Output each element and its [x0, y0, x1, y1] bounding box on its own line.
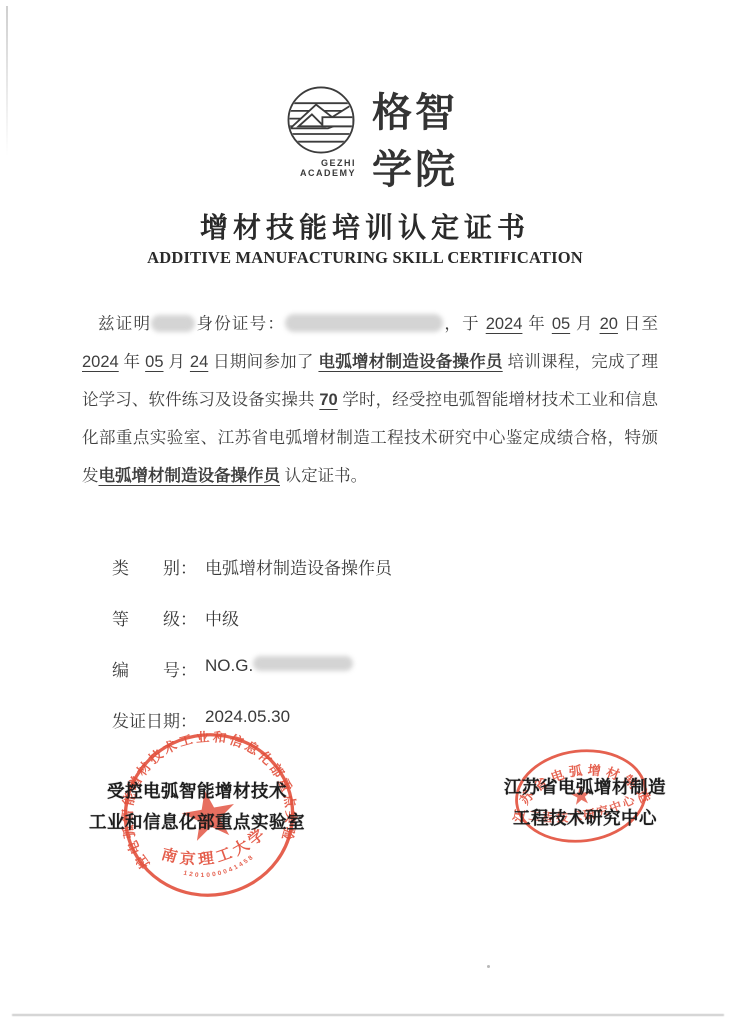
field-label: 等 级： [112, 605, 197, 630]
stamp-left-line1: 受控电弧智能增材技术 [72, 776, 322, 807]
redacted-name [151, 315, 195, 332]
body-text: ，于 [443, 315, 486, 333]
certificate-body: 兹证明身份证号：，于 2024 年 05 月 20 日至 2024 年 05 月… [82, 305, 658, 495]
redacted-cert-number [253, 656, 353, 671]
logo-left-column: GEZHI ACADEMY [286, 85, 356, 178]
body-text: 年 [119, 353, 145, 371]
body-course-name: 电弧增材制造设备操作员 [318, 353, 502, 371]
body-text: 月 [164, 353, 190, 371]
scan-speck [487, 965, 490, 968]
logo-latin-line2: ACADEMY [300, 168, 356, 178]
logo-cn-line2: 学院 [372, 142, 458, 199]
certificate-fields: 类 别： 电弧增材制造设备操作员 等 级： 中级 编 号： NO.G. 发证日期… [112, 554, 392, 732]
field-row-category: 类 别： 电弧增材制造设备操作员 [112, 554, 392, 579]
logo-cn-line1: 格智 [372, 85, 458, 142]
body-date-part: 2024 [486, 315, 523, 333]
body-date-part: 05 [552, 315, 570, 333]
body-text: 认定证书。 [280, 467, 367, 485]
certificate-title: 增材技能培训认定证书 [0, 206, 730, 246]
stamp-right-text: 江苏省电弧增材制造 工程技术研究中心 [490, 772, 680, 834]
logo: GEZHI ACADEMY 格智 学院 [286, 85, 458, 199]
body-text: 年 [522, 315, 551, 333]
field-label: 类 别： [112, 554, 197, 579]
body-text: 身份证号： [195, 315, 285, 333]
stamp-right-line2: 工程技术研究中心 [490, 803, 680, 834]
body-text: 日期间参加了 [208, 353, 318, 371]
body-text: 日至 [618, 315, 658, 333]
field-value: NO.G. [205, 656, 253, 681]
scan-edge-left [6, 6, 8, 156]
field-value: 中级 [205, 605, 239, 630]
logo-cn-text: 格智 学院 [372, 85, 458, 199]
scan-edge-bottom [12, 1014, 724, 1016]
body-date-part: 2024 [82, 353, 119, 371]
stamp-left-text: 受控电弧智能增材技术 工业和信息化部重点实验室 [72, 776, 322, 838]
certificate-subtitle: ADDITIVE MANUFACTURING SKILL CERTIFICATI… [0, 248, 730, 268]
body-date-part: 05 [145, 353, 163, 371]
stamp-left-line2: 工业和信息化部重点实验室 [72, 807, 322, 838]
stamp-right-line1: 江苏省电弧增材制造 [490, 772, 680, 803]
logo-latin-text: GEZHI ACADEMY [300, 158, 356, 178]
field-row-level: 等 级： 中级 [112, 605, 392, 630]
body-date-part: 24 [190, 353, 208, 371]
field-label: 编 号： [112, 656, 197, 681]
body-date-part: 20 [600, 315, 618, 333]
body-text: 月 [570, 315, 599, 333]
logo-latin-line1: GEZHI [300, 158, 356, 168]
redacted-id-number [285, 314, 443, 332]
gezhi-academy-logo-icon [286, 85, 356, 155]
body-text: 兹证明 [98, 315, 151, 333]
body-course-name: 电弧增材制造设备操作员 [99, 467, 281, 485]
field-row-number: 编 号： NO.G. [112, 656, 392, 681]
field-value: 电弧增材制造设备操作员 [205, 554, 392, 579]
body-hours: 70 [319, 391, 337, 409]
